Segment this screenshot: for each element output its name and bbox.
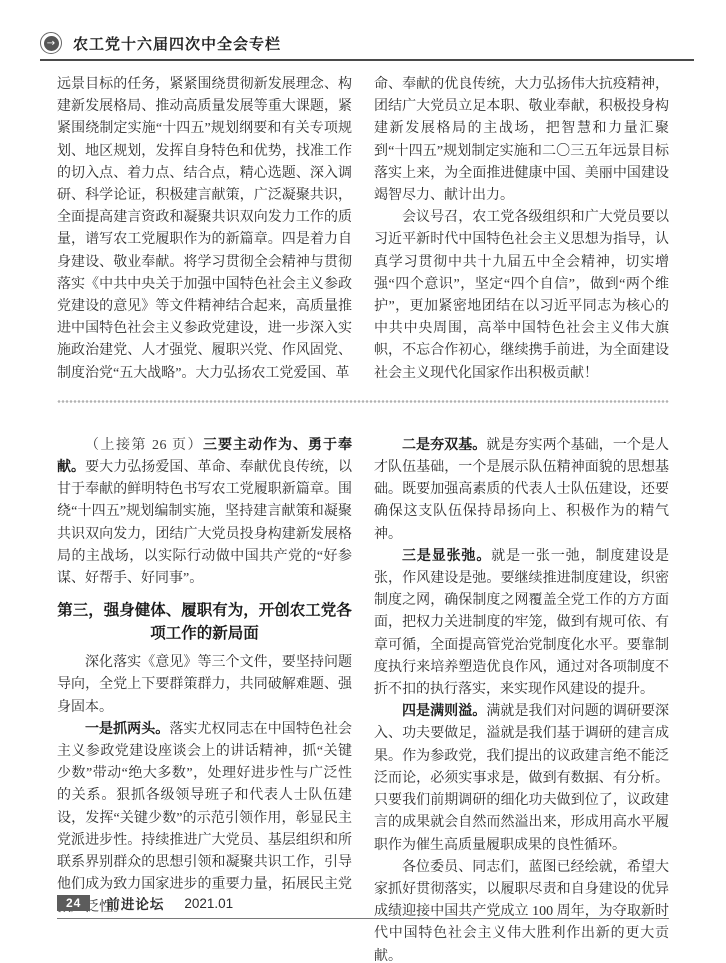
column-title: 农工党十六届四次中全会专栏	[73, 33, 281, 54]
column-header: → 农工党十六届四次中全会专栏	[40, 32, 694, 61]
paragraph: 一是抓两头。落实尤权同志在中国特色社会主义参政党建设座谈会上的讲话精神，抓“关键…	[57, 719, 352, 919]
decorative-divider	[57, 399, 669, 404]
journal-name: 前进论坛	[106, 893, 164, 913]
page-number-badge: 24	[57, 895, 90, 911]
text-run: 远景目标的任务，紧紧围绕贯彻新发展理念、构建新发展格局、推动高质量发展等重大课题…	[57, 77, 352, 381]
paragraph: 会议号召，农工党各级组织和广大党员要以习近平新时代中国特色社会主义思想为指导，认…	[374, 207, 669, 385]
text-run: 落实尤权同志在中国特色社会主义参政党建设座谈会上的讲话精神，抓“关键少数”带动“…	[57, 722, 352, 915]
text-run: （上接第 26 页）	[85, 438, 203, 453]
text-run: 深化落实《意见》等三个文件，要坚持问题导向，全党上下要群策群力，共同破解难题、强…	[57, 655, 352, 714]
text-run: 满就是我们对问题的调研要深入、功夫要做足，溢就是我们基于调研的建言成果。作为参政…	[374, 704, 669, 852]
arrow-right-circle-icon: →	[40, 32, 62, 54]
paragraph-continuation: 远景目标的任务，紧紧围绕贯彻新发展理念、构建新发展格局、推动高质量发展等重大课题…	[57, 74, 352, 385]
magazine-page: → 农工党十六届四次中全会专栏 远景目标的任务，紧紧围绕贯彻新发展理念、构建新发…	[0, 0, 726, 963]
text-run: 四是满则溢。	[402, 704, 486, 719]
text-run: 会议号召，农工党各级组织和广大党员要以习近平新时代中国特色社会主义思想为指导，认…	[374, 210, 669, 380]
paragraph: 三是显张弛。就是一张一弛，制度建设是张，作风建设是弛。要继续推进制度建设，织密制…	[374, 546, 669, 701]
text-run: 命、奉献的优良传统，大力弘扬伟大抗疫精神，团结广大党员立足本职、敬业奉献，积极投…	[374, 77, 669, 203]
paragraph-continued-from-page-26: （上接第 26 页）三要主动作为、勇于奉献。要大力弘扬爱国、革命、奉献优良传统，…	[57, 435, 352, 590]
page-footer: 24 前进论坛 2021.01	[57, 893, 669, 919]
text-run: 二是夯双基。	[402, 438, 486, 453]
text-run: 要大力弘扬爱国、革命、奉献优良传统，以甘于奉献的鲜明特色书写农工党履职新篇章。围…	[57, 460, 352, 586]
section-below-divider: （上接第 26 页）三要主动作为、勇于奉献。要大力弘扬爱国、革命、奉献优良传统，…	[57, 435, 669, 963]
right-column-top: 命、奉献的优良传统，大力弘扬伟大抗疫精神，团结广大党员立足本职、敬业奉献，积极投…	[374, 74, 669, 385]
issue-date: 2021.01	[184, 896, 233, 911]
section-heading: 第三，强身健体、履职有为，开创农工党各项工作的新局面	[57, 599, 352, 645]
section-above-divider: 远景目标的任务，紧紧围绕贯彻新发展理念、构建新发展格局、推动高质量发展等重大课题…	[57, 74, 669, 385]
paragraph: 二是夯双基。就是夯实两个基础，一个是人才队伍基础，一个是展示队伍精神面貌的思想基…	[374, 435, 669, 546]
text-run: 三是显张弛。	[402, 549, 491, 564]
text-run: 就是夯实两个基础，一个是人才队伍基础，一个是展示队伍精神面貌的思想基础。既要加强…	[374, 438, 669, 542]
arrow-glyph: →	[44, 36, 59, 51]
left-column-top: 远景目标的任务，紧紧围绕贯彻新发展理念、构建新发展格局、推动高质量发展等重大课题…	[57, 74, 352, 385]
paragraph: 四是满则溢。满就是我们对问题的调研要深入、功夫要做足，溢就是我们基于调研的建言成…	[374, 701, 669, 856]
text-run: 一是抓两头。	[85, 722, 169, 737]
text-run: 就是一张一弛，制度建设是张，作风建设是弛。要继续推进制度建设，织密制度之网，确保…	[374, 549, 669, 697]
paragraph: 深化落实《意见》等三个文件，要坚持问题导向，全党上下要群策群力，共同破解难题、强…	[57, 652, 352, 719]
paragraph-continuation: 命、奉献的优良传统，大力弘扬伟大抗疫精神，团结广大党员立足本职、敬业奉献，积极投…	[374, 74, 669, 207]
left-column-bottom: （上接第 26 页）三要主动作为、勇于奉献。要大力弘扬爱国、革命、奉献优良传统，…	[57, 435, 352, 963]
right-column-bottom: 二是夯双基。就是夯实两个基础，一个是人才队伍基础，一个是展示队伍精神面貌的思想基…	[374, 435, 669, 963]
